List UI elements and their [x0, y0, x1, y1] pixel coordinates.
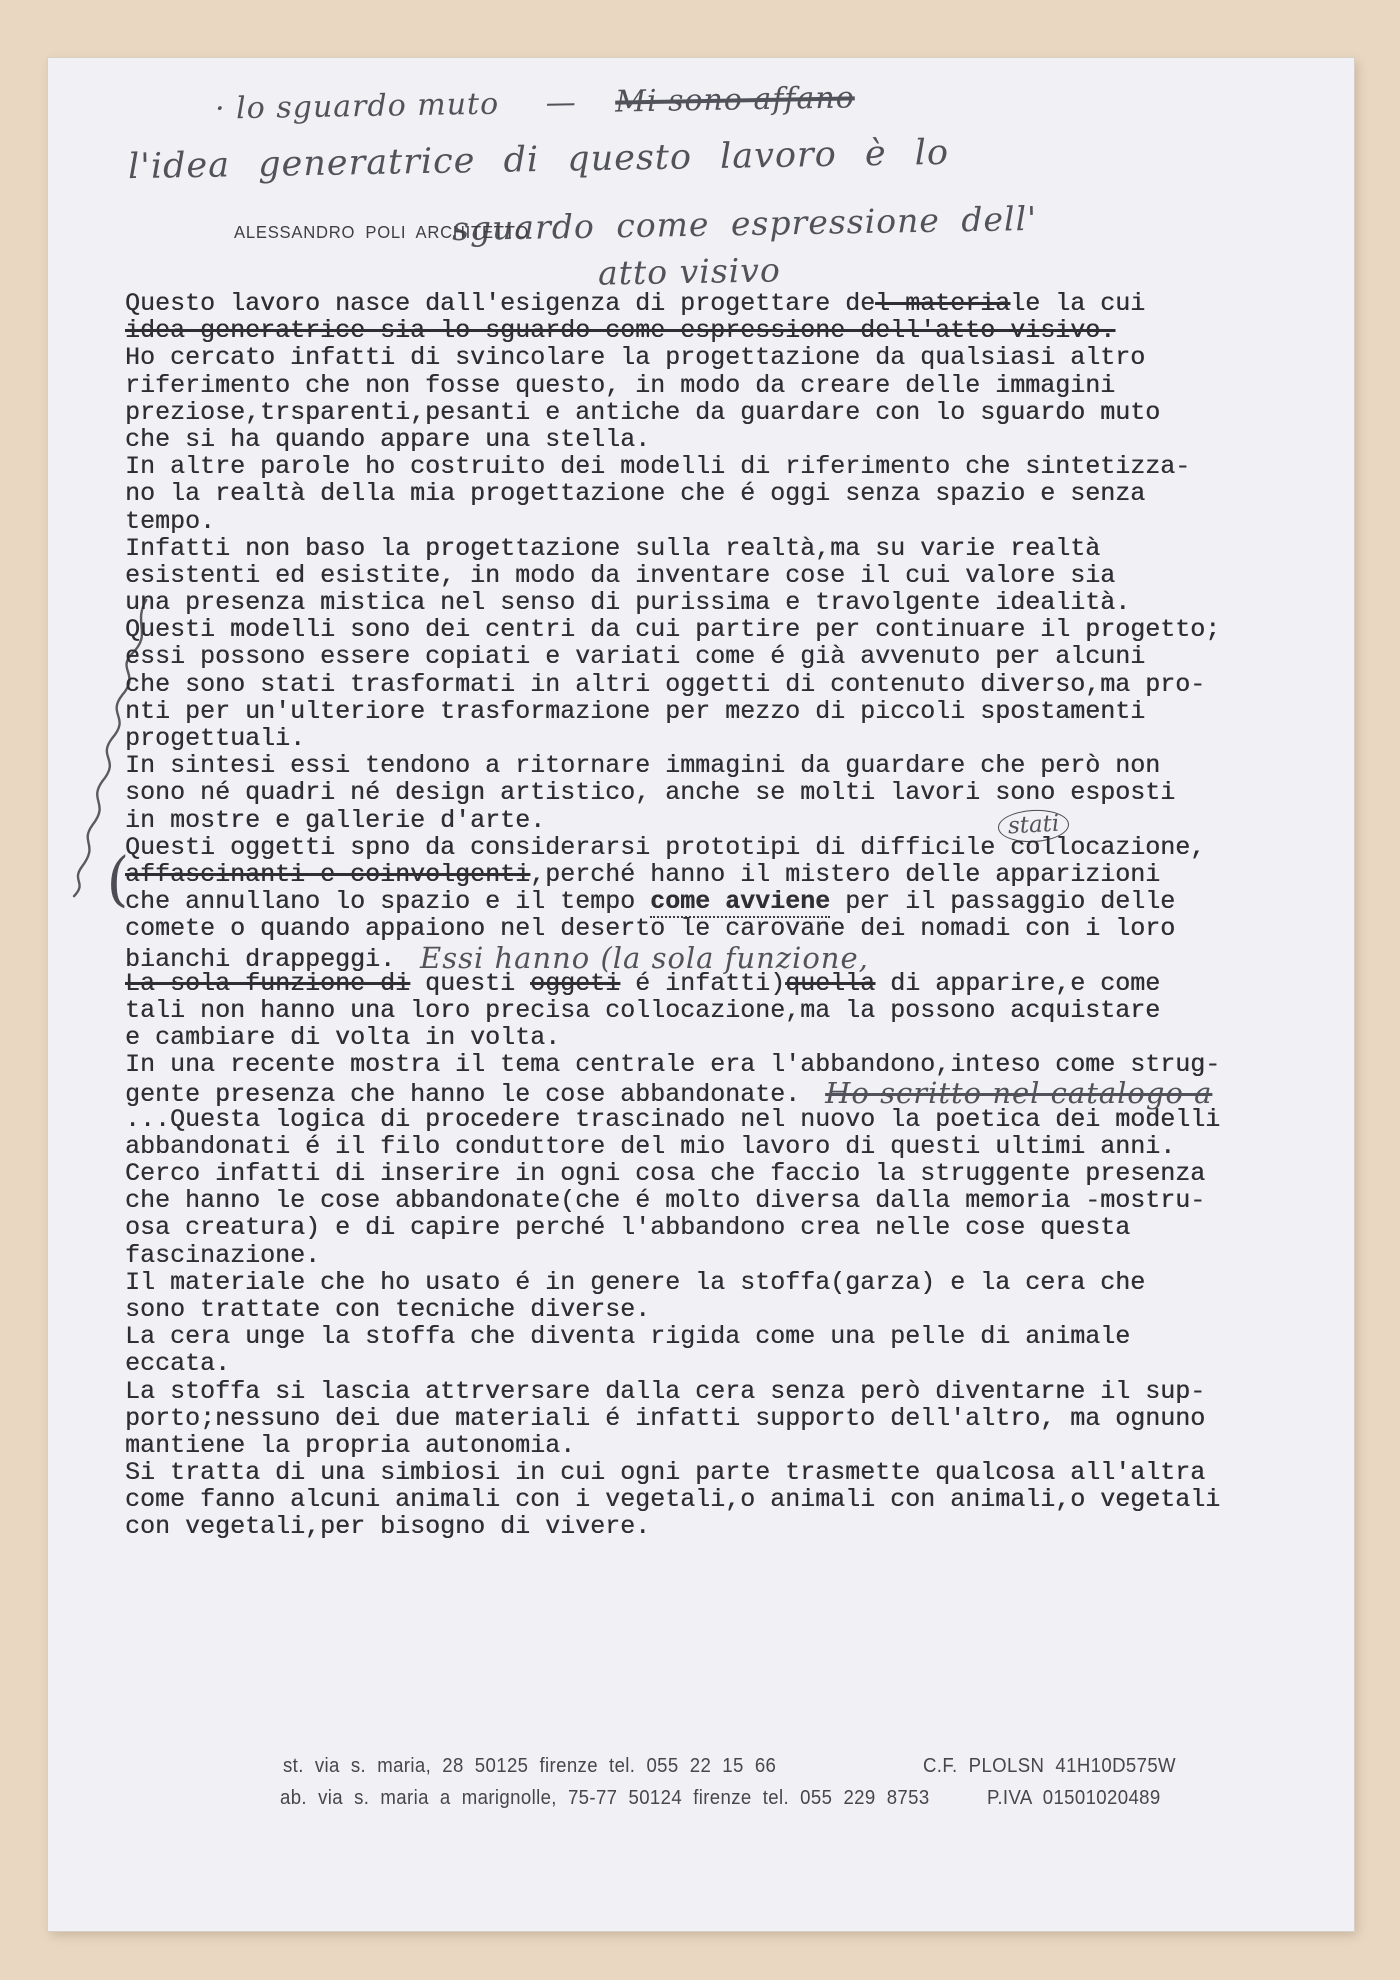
typed-segment: comete o quando appaiono nel deserto le …: [125, 914, 1175, 943]
typed-segment: Questi oggetti spno da considerarsi prot…: [125, 833, 1205, 862]
typed-lines: Questo lavoro nasce dall'esigenza di pro…: [125, 290, 1220, 1541]
typed-segment: una presenza mistica nel senso di puriss…: [125, 588, 1130, 617]
handwritten-dash: —: [545, 85, 577, 121]
typed-segment: eccata.: [125, 1349, 230, 1378]
typed-segment: idea generatrice sia lo sguardo come esp…: [125, 316, 1115, 345]
typed-line: La cera unge la stoffa che diventa rigid…: [125, 1323, 1220, 1350]
typed-line: progettuali.: [125, 725, 1220, 752]
handwritten-mark: ·: [215, 91, 226, 126]
typed-segment: essi possono essere copiati e variati co…: [125, 642, 1145, 671]
footer-home-address: ab. via s. maria a marignolle, 75-77 501…: [280, 1787, 930, 1810]
typed-segment: che annullano lo spazio e il tempo: [125, 887, 650, 916]
typed-line: tali non hanno una loro precisa collocaz…: [125, 997, 1220, 1024]
typed-line: in mostre e gallerie d'arte.: [125, 807, 1220, 834]
typed-segment: sono trattate con tecniche diverse.: [125, 1295, 650, 1324]
typed-line: Questo lavoro nasce dall'esigenza di pro…: [125, 290, 1220, 317]
typed-line: essi possono essere copiati e variati co…: [125, 643, 1220, 670]
typed-line: che si ha quando appare una stella.: [125, 426, 1220, 453]
typed-segment: progettuali.: [125, 724, 305, 753]
typed-segment: Infatti non baso la progettazione sulla …: [125, 534, 1100, 563]
letterhead-name: ALESSANDRO POLI ARCHITETTO: [234, 222, 529, 243]
typed-line: La stoffa si lascia attrversare dalla ce…: [125, 1378, 1220, 1405]
typed-segment: La cera unge la stoffa che diventa rigid…: [125, 1322, 1130, 1351]
handwritten-crossed-out-words: Mi sono affano: [615, 80, 855, 119]
typed-segment: per il passaggio delle: [830, 887, 1175, 916]
typed-line: Cerco infatti di inserire in ogni cosa c…: [125, 1160, 1220, 1187]
typed-segment: preziose,trsparenti,pesanti e antiche da…: [125, 398, 1160, 427]
handwritten-title-text: lo sguardo muto: [236, 87, 500, 127]
scanner-background: · lo sguardo muto — Mi sono affano l'ide…: [0, 0, 1400, 1980]
typed-segment: La sola funzione di: [125, 969, 410, 998]
typed-line: osa creatura) e di capire perché l'abban…: [125, 1214, 1220, 1241]
handwritten-note-line3: sguardo come espressione dell': [452, 199, 1038, 248]
typed-line: idea generatrice sia lo sguardo come esp…: [125, 317, 1220, 344]
handwritten-note-line2: l'idea generatrice di questo lavoro è lo: [128, 133, 950, 187]
typed-line: nti per un'ulteriore trasformazione per …: [125, 698, 1220, 725]
footer-fiscal-code: C.F. PLOLSN 41H10D575W: [923, 1755, 1176, 1778]
typed-segment: In altre parole ho costruito dei modelli…: [125, 452, 1190, 481]
typed-segment: che sono stati trasformati in altri ogge…: [125, 670, 1205, 699]
typed-line: In sintesi essi tendono a ritornare imma…: [125, 752, 1220, 779]
typed-line: abbandonati é il filo conduttore del mio…: [125, 1133, 1220, 1160]
typed-line: mantiene la propria autonomia.: [125, 1432, 1220, 1459]
typed-line: porto;nessuno dei due materiali é infatt…: [125, 1405, 1220, 1432]
typed-line: Infatti non baso la progettazione sulla …: [125, 535, 1220, 562]
typed-segment: nti per un'ulteriore trasformazione per …: [125, 697, 1145, 726]
typed-segment: sono né quadri né design artistico, anch…: [125, 778, 1175, 807]
typed-segment: mantiene la propria autonomia.: [125, 1431, 575, 1460]
inline-handwritten-note: Essi hanno (la sola funzione,: [420, 941, 869, 975]
typed-segment: come fanno alcuni animali con i vegetali…: [125, 1485, 1220, 1514]
typed-segment: che si ha quando appare una stella.: [125, 425, 650, 454]
typed-line: comete o quando appaiono nel deserto le …: [125, 915, 1220, 942]
typed-line: sono trattate con tecniche diverse.: [125, 1296, 1220, 1323]
typed-segment: riferimento che non fosse questo, in mod…: [125, 371, 1115, 400]
document-page: · lo sguardo muto — Mi sono affano l'ide…: [48, 58, 1354, 1931]
typed-segment: in mostre e gallerie d'arte.: [125, 806, 545, 835]
typed-segment: ,perché hanno il mistero delle apparizio…: [530, 860, 1160, 889]
typed-line: come fanno alcuni animali con i vegetali…: [125, 1486, 1220, 1513]
typed-line: che sono stati trasformati in altri ogge…: [125, 671, 1220, 698]
typed-segment: Cerco infatti di inserire in ogni cosa c…: [125, 1159, 1205, 1188]
typed-segment: esistenti ed esistite, in modo da invent…: [125, 561, 1115, 590]
typed-segment: porto;nessuno dei due materiali é infatt…: [125, 1404, 1205, 1433]
typed-line: una presenza mistica nel senso di puriss…: [125, 589, 1220, 616]
typed-line: Il materiale che ho usato é in genere la…: [125, 1269, 1220, 1296]
typed-segment: Si tratta di una simbiosi in cui ogni pa…: [125, 1458, 1205, 1487]
typed-line: In altre parole ho costruito dei modelli…: [125, 453, 1220, 480]
handwritten-title-note: · lo sguardo muto — Mi sono affano: [215, 80, 855, 126]
typed-line: fascinazione.: [125, 1242, 1220, 1269]
typed-segment: fascinazione.: [125, 1241, 320, 1270]
typed-segment: tali non hanno una loro precisa collocaz…: [125, 996, 1160, 1025]
typed-segment: che hanno le cose abbandonate(che é molt…: [125, 1186, 1205, 1215]
typed-segment: osa creatura) e di capire perché l'abban…: [125, 1213, 1130, 1242]
typed-line: Si tratta di una simbiosi in cui ogni pa…: [125, 1459, 1220, 1486]
typed-segment: In sintesi essi tendono a ritornare imma…: [125, 751, 1160, 780]
typed-line: gente presenza che hanno le cose abbando…: [125, 1078, 1220, 1105]
typed-line: bianchi drappeggi. Essi hanno (la sola f…: [125, 943, 1220, 970]
typed-line: con vegetali,per bisogno di vivere.: [125, 1513, 1220, 1540]
footer-studio-address: st. via s. maria, 28 50125 firenze tel. …: [283, 1755, 776, 1778]
typed-segment: tempo.: [125, 507, 215, 536]
footer-vat-number: P.IVA 01501020489: [987, 1787, 1161, 1810]
typed-line: riferimento che non fosse questo, in mod…: [125, 372, 1220, 399]
typed-line: preziose,trsparenti,pesanti e antiche da…: [125, 399, 1220, 426]
typed-segment: e cambiare di volta in volta.: [125, 1023, 560, 1052]
typed-segment: no la realtà della mia progettazione che…: [125, 479, 1145, 508]
typed-segment: affascinanti e coinvolgenti: [125, 860, 530, 889]
typed-segment: Questo lavoro nasce dall'esigenza di pro…: [125, 289, 875, 318]
typed-line: Questi oggetti spno da considerarsi prot…: [125, 834, 1220, 861]
typed-line: e cambiare di volta in volta.: [125, 1024, 1220, 1051]
typed-line: sono né quadri né design artistico, anch…: [125, 779, 1220, 806]
typed-line: che annullano lo spazio e il tempo come …: [125, 888, 1220, 915]
typed-segment: di apparire,e come: [875, 969, 1160, 998]
typed-segment: con vegetali,per bisogno di vivere.: [125, 1512, 650, 1541]
typed-line: In una recente mostra il tema centrale e…: [125, 1051, 1220, 1078]
inline-handwritten-note: Ho scritto nel catalogo a: [825, 1076, 1212, 1110]
typed-segment: le la cui: [1010, 289, 1145, 318]
typed-line: tempo.: [125, 508, 1220, 535]
typed-segment: In una recente mostra il tema centrale e…: [125, 1050, 1220, 1079]
typed-line: no la realtà della mia progettazione che…: [125, 480, 1220, 507]
typed-line: Questi modelli sono dei centri da cui pa…: [125, 616, 1220, 643]
typed-line: esistenti ed esistite, in modo da invent…: [125, 562, 1220, 589]
typed-line: che hanno le cose abbandonate(che é molt…: [125, 1187, 1220, 1214]
typed-segment: Questi modelli sono dei centri da cui pa…: [125, 615, 1220, 644]
typed-segment: Il materiale che ho usato é in genere la…: [125, 1268, 1145, 1297]
handwritten-note-line4: atto visivo: [598, 250, 781, 292]
typed-segment: l materia: [875, 289, 1010, 318]
typed-line: eccata.: [125, 1350, 1220, 1377]
typed-segment: Ho cercato infatti di svincolare la prog…: [125, 343, 1145, 372]
typed-line: Ho cercato infatti di svincolare la prog…: [125, 344, 1220, 371]
typed-segment: abbandonati é il filo conduttore del mio…: [125, 1132, 1175, 1161]
typed-line: affascinanti e coinvolgenti,perché hanno…: [125, 861, 1220, 888]
typed-segment: La stoffa si lascia attrversare dalla ce…: [125, 1377, 1205, 1406]
